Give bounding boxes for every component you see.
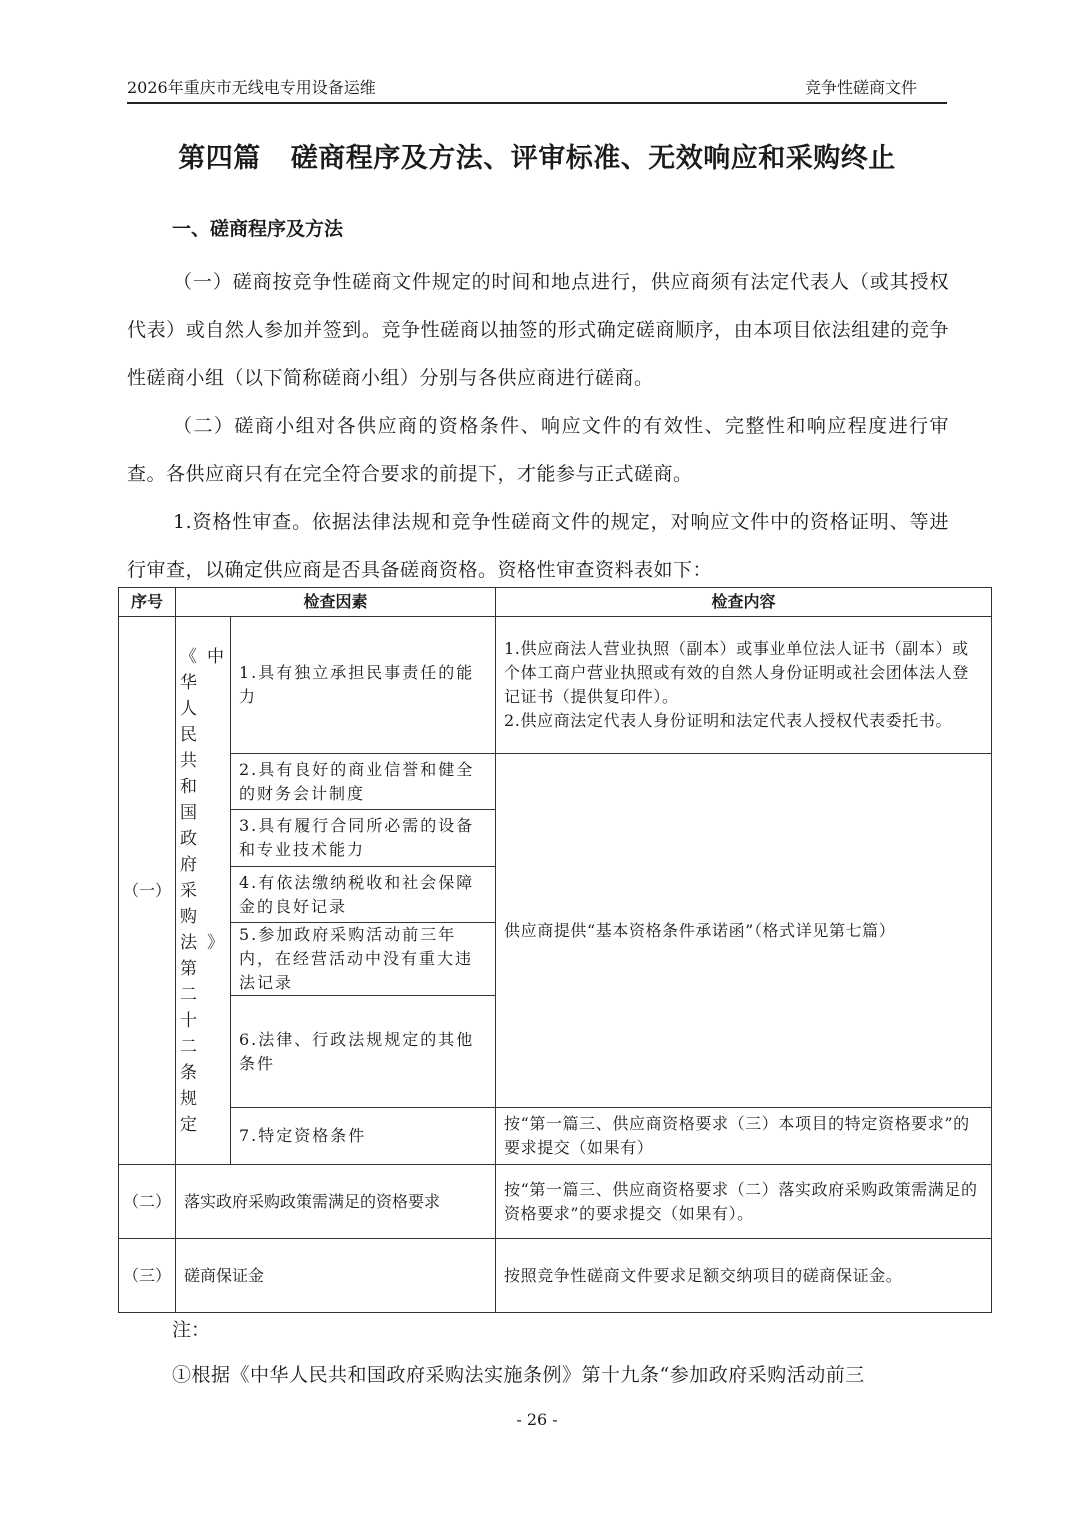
page-number: - 26 -	[0, 1410, 1074, 1429]
law-reference: 《中华人民共和国政府采购法》第二十二条规定	[176, 617, 231, 1165]
paragraph-2: （二）磋商小组对各供应商的资格条件、响应文件的有效性、完整性和响应程度进行审查。…	[127, 402, 949, 498]
chapter-title-text: 磋商程序及方法、评审标准、无效响应和采购终止	[291, 143, 896, 174]
qualification-review-table: 序号 检查因素 检查内容 （一） 《中华人民共和国政府采购法》第二十二条规定 1…	[118, 587, 992, 1313]
factor-cell: 磋商保证金	[176, 1239, 496, 1313]
header-doc-type: 竞争性磋商文件	[805, 76, 917, 100]
paragraph-3: 1.资格性审查。依据法律法规和竞争性磋商文件的规定，对响应文件中的资格证明、等进…	[127, 498, 949, 594]
content-cell: 按“第一篇三、供应商资格要求（三）本项目的特定资格要求”的要求提交（如果有）	[496, 1108, 992, 1165]
content-cell: 按照竞争性磋商文件要求足额交纳项目的磋商保证金。	[496, 1239, 992, 1313]
table-row: 7.特定资格条件 按“第一篇三、供应商资格要求（三）本项目的特定资格要求”的要求…	[119, 1108, 992, 1165]
header-content: 检查内容	[496, 588, 992, 617]
chapter-title: 第四篇磋商程序及方法、评审标准、无效响应和采购终止	[0, 136, 1074, 175]
factor-cell: 2.具有良好的商业信誉和健全的财务会计制度	[231, 754, 496, 810]
chapter-part: 第四篇	[178, 143, 261, 174]
header-no: 序号	[119, 588, 176, 617]
header-factor: 检查因素	[176, 588, 496, 617]
table-header-row: 序号 检查因素 检查内容	[119, 588, 992, 617]
factor-cell: 4.有依法缴纳税收和社会保障金的良好记录	[231, 867, 496, 923]
factor-cell: 落实政府采购政策需满足的资格要求	[176, 1165, 496, 1239]
note-item-1: ①根据《中华人民共和国政府采购法实施条例》第十九条“参加政府采购活动前三	[172, 1360, 865, 1387]
factor-cell: 5.参加政府采购活动前三年内，在经营活动中没有重大违法记录	[231, 923, 496, 996]
factor-cell: 3.具有履行合同所必需的设备和专业技术能力	[231, 810, 496, 867]
table-row: （一） 《中华人民共和国政府采购法》第二十二条规定 1.具有独立承担民事责任的能…	[119, 617, 992, 754]
section-heading: 一、磋商程序及方法	[172, 214, 343, 241]
table-row: （三） 磋商保证金 按照竞争性磋商文件要求足额交纳项目的磋商保证金。	[119, 1239, 992, 1313]
group-no: （二）	[119, 1165, 176, 1239]
table-row: （二） 落实政府采购政策需满足的资格要求 按“第一篇三、供应商资格要求（二）落实…	[119, 1165, 992, 1239]
content-cell: 按“第一篇三、供应商资格要求（二）落实政府采购政策需满足的资格要求”的要求提交（…	[496, 1165, 992, 1239]
content-cell: 供应商提供“基本资格条件承诺函”（格式详见第七篇）	[496, 754, 992, 1108]
factor-cell: 1.具有独立承担民事责任的能力	[231, 617, 496, 754]
factor-cell: 6.法律、行政法规规定的其他条件	[231, 996, 496, 1108]
group-no: （三）	[119, 1239, 176, 1313]
note-label: 注：	[172, 1315, 210, 1342]
header-project-name: 2026年重庆市无线电专用设备运维	[127, 76, 376, 100]
paragraph-1: （一）磋商按竞争性磋商文件规定的时间和地点进行，供应商须有法定代表人（或其授权代…	[127, 258, 949, 402]
group-no: （一）	[119, 617, 176, 1165]
table-row: 2.具有良好的商业信誉和健全的财务会计制度 供应商提供“基本资格条件承诺函”（格…	[119, 754, 992, 810]
page-header: 2026年重庆市无线电专用设备运维 竞争性磋商文件	[127, 76, 947, 104]
content-cell: 1.供应商法人营业执照（副本）或事业单位法人证书（副本）或个体工商户营业执照或有…	[496, 617, 992, 754]
factor-cell: 7.特定资格条件	[231, 1108, 496, 1165]
